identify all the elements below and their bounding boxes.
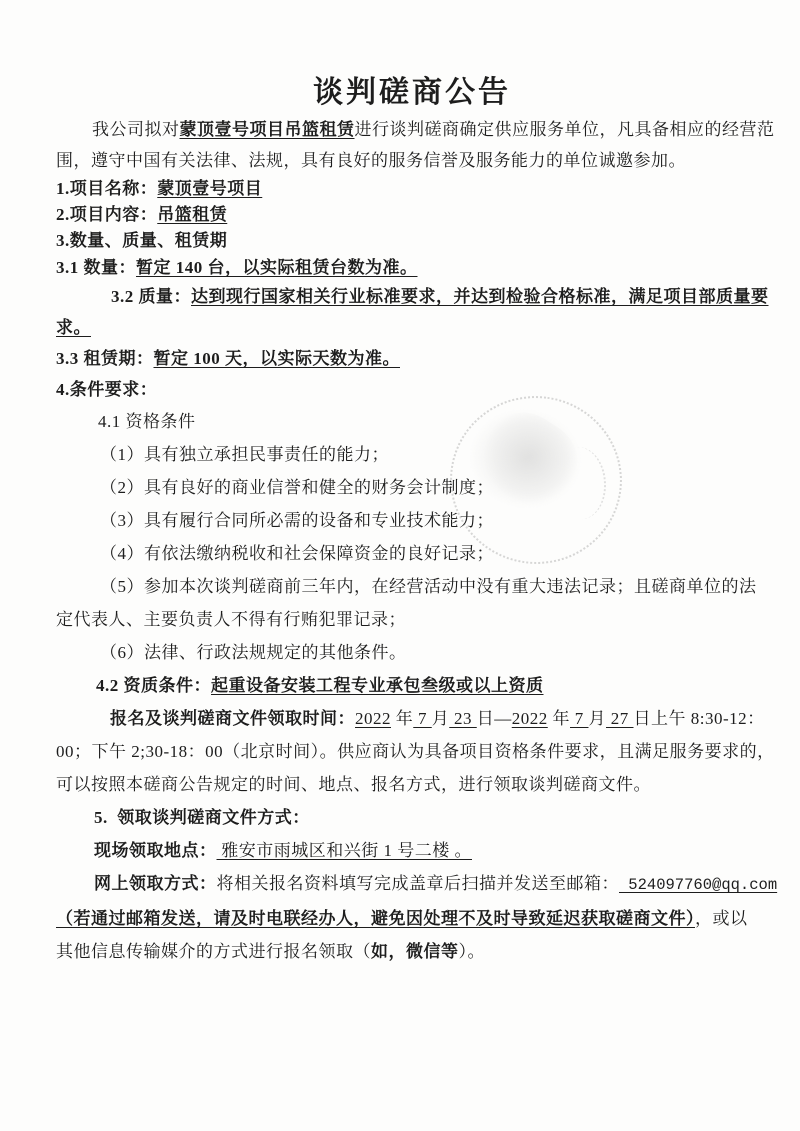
text-run: 4.2 资质条件： [96,676,211,695]
document-content: 谈判磋商公告 我公司拟对蒙顶壹号项目吊篮租赁进行谈判磋商确定供应服务单位，凡具备… [56,0,768,968]
document-body: 我公司拟对蒙顶壹号项目吊篮租赁进行谈判磋商确定供应服务单位，凡具备相应的经营范围… [56,114,768,968]
registration-time-paragraph: 报名及谈判磋商文件领取时间：2022 年 7 月 23 日—2022 年 7 月… [56,702,768,801]
onsite-pickup-location: 现场领取地点： 雅安市雨城区和兴街 1 号二楼 。 [56,834,768,867]
text-run: 可以按照本磋商公告规定的时间、地点、报名方式，进行领取谈判磋商文件。 [56,775,651,794]
text-run: 雅安市雨城区和兴街 1 号二楼 。 [217,841,473,860]
text-run: 2.项目内容： [56,205,157,224]
text-run: 进行谈判磋商确定供应服务单位，凡具备相应的经营范 [355,120,775,139]
text-run: 7 [570,709,589,728]
scanned-document-page: 谈判磋商公告 我公司拟对蒙顶壹号项目吊篮租赁进行谈判磋商确定供应服务单位，凡具备… [0,0,800,1131]
text-run: 3.数量、质量、租赁期 [56,231,227,250]
section-4-heading: 4.条件要求： [56,374,768,405]
text-run: 将相关报名资料填写完成盖章后扫描并发送至邮箱： [217,874,620,893]
text-run: 日— [477,709,512,728]
text-run: 2022 [355,709,391,728]
text-run: 定代表人、主要负责人不得有行贿犯罪记录； [56,610,406,629]
item-4-1-heading: 4.1 资格条件 [56,405,768,438]
text-run: ，或以 [695,909,748,928]
text-run: 报名及谈判磋商文件领取时间： [110,709,355,728]
item-4-2-qualification: 4.2 资质条件：起重设备安装工程专业承包叁级或以上资质 [56,669,768,702]
text-run: 年 [391,709,413,728]
text-run: ）。 [459,942,486,961]
text-run: 3.3 租赁期： [56,349,154,368]
qualification-3: （3）具有履行合同所必需的设备和专业技术能力； [56,504,768,537]
online-pickup-method: 网上领取方式：将相关报名资料填写完成盖章后扫描并发送至邮箱： 524097760… [56,867,768,968]
item-3-3-lease-term: 3.3 租赁期：暂定 100 天，以实际天数为准。 [56,343,768,374]
text-run: 达到现行国家相关行业标准要求，并达到检验合格标准，满足项目部质量要 [191,287,769,306]
section-3-heading: 3.数量、质量、租赁期 [56,228,768,254]
text-run: 求。 [56,318,91,337]
text-run: 暂定 100 天，以实际天数为准。 [154,349,401,368]
text-run: 524097760@qq.com [619,876,777,894]
text-run: 现场领取地点： [94,841,217,860]
text-run: 23 [449,709,477,728]
text-run: 蒙顶壹号项目 [157,179,262,198]
text-run: （2）具有良好的商业信誉和健全的财务会计制度； [100,478,494,497]
text-run: 月 [432,709,450,728]
text-run: 网上领取方式： [94,874,217,893]
item-1-project-name: 1.项目名称：蒙顶壹号项目 [56,176,768,202]
text-run: 3.2 质量： [111,287,191,306]
intro-paragraph: 我公司拟对蒙顶壹号项目吊篮租赁进行谈判磋商确定供应服务单位，凡具备相应的经营范围… [56,114,768,176]
text-run: 日上午 8:30-12： [634,709,765,728]
text-run: 4.条件要求： [56,380,157,399]
text-run: （5）参加本次谈判磋商前三年内，在经营活动中没有重大违法记录；且磋商单位的法 [100,577,757,596]
text-run: 27 [606,709,634,728]
text-run: （4）有依法缴纳税收和社会保障资金的良好记录； [100,544,494,563]
qualification-6: （6）法律、行政法规规定的其他条件。 [56,636,768,669]
text-run: 7 [413,709,432,728]
section-5-heading: 5. 领取谈判磋商文件方式： [56,801,768,834]
qualification-1: （1）具有独立承担民事责任的能力； [56,438,768,471]
text-run: 1.项目名称： [56,179,157,198]
text-run: 00；下午 2;30-18：00（北京时间）。供应商认为具备项目资格条件要求，且… [56,742,775,761]
text-run: 我公司拟对 [92,120,180,139]
item-3-1-quantity: 3.1 数量：暂定 140 台，以实际租赁台数为准。 [56,254,768,281]
text-run: 暂定 140 台，以实际租赁台数为准。 [136,258,418,277]
text-run: 年 [548,709,570,728]
text-run: 围，遵守中国有关法律、法规，具有良好的服务信誉及服务能力的单位诚邀参加。 [56,151,686,170]
qualification-5: （5）参加本次谈判磋商前三年内，在经营活动中没有重大违法记录；且磋商单位的法定代… [56,570,768,636]
item-3-2-quality: 3.2 质量：达到现行国家相关行业标准要求，并达到检验合格标准，满足项目部质量要… [56,281,768,343]
qualification-2: （2）具有良好的商业信誉和健全的财务会计制度； [56,471,768,504]
text-run: 蒙顶壹号项目吊篮租赁 [180,120,355,139]
qualification-4: （4）有依法缴纳税收和社会保障资金的良好记录； [56,537,768,570]
text-run: 吊篮租赁 [157,205,227,224]
text-run: （若通过邮箱发送，请及时电联经办人，避免因处理不及时导致延迟获取磋商文件） [56,909,695,928]
text-run: 4.1 资格条件 [98,412,196,431]
text-run: 2022 [512,709,548,728]
text-run: 其他信息传输媒介的方式进行报名领取（ [56,942,371,961]
text-run: 如，微信等 [371,942,459,961]
text-run: （6）法律、行政法规规定的其他条件。 [100,643,407,662]
text-run: （1）具有独立承担民事责任的能力； [100,445,389,464]
text-run: 5. 领取谈判磋商文件方式： [94,808,310,827]
page-title: 谈判磋商公告 [56,0,768,114]
text-run: 3.1 数量： [56,258,136,277]
text-run: 起重设备安装工程专业承包叁级或以上资质 [211,676,544,695]
text-run: 月 [589,709,607,728]
text-run: （3）具有履行合同所必需的设备和专业技术能力； [100,511,494,530]
item-2-project-content: 2.项目内容：吊篮租赁 [56,202,768,228]
